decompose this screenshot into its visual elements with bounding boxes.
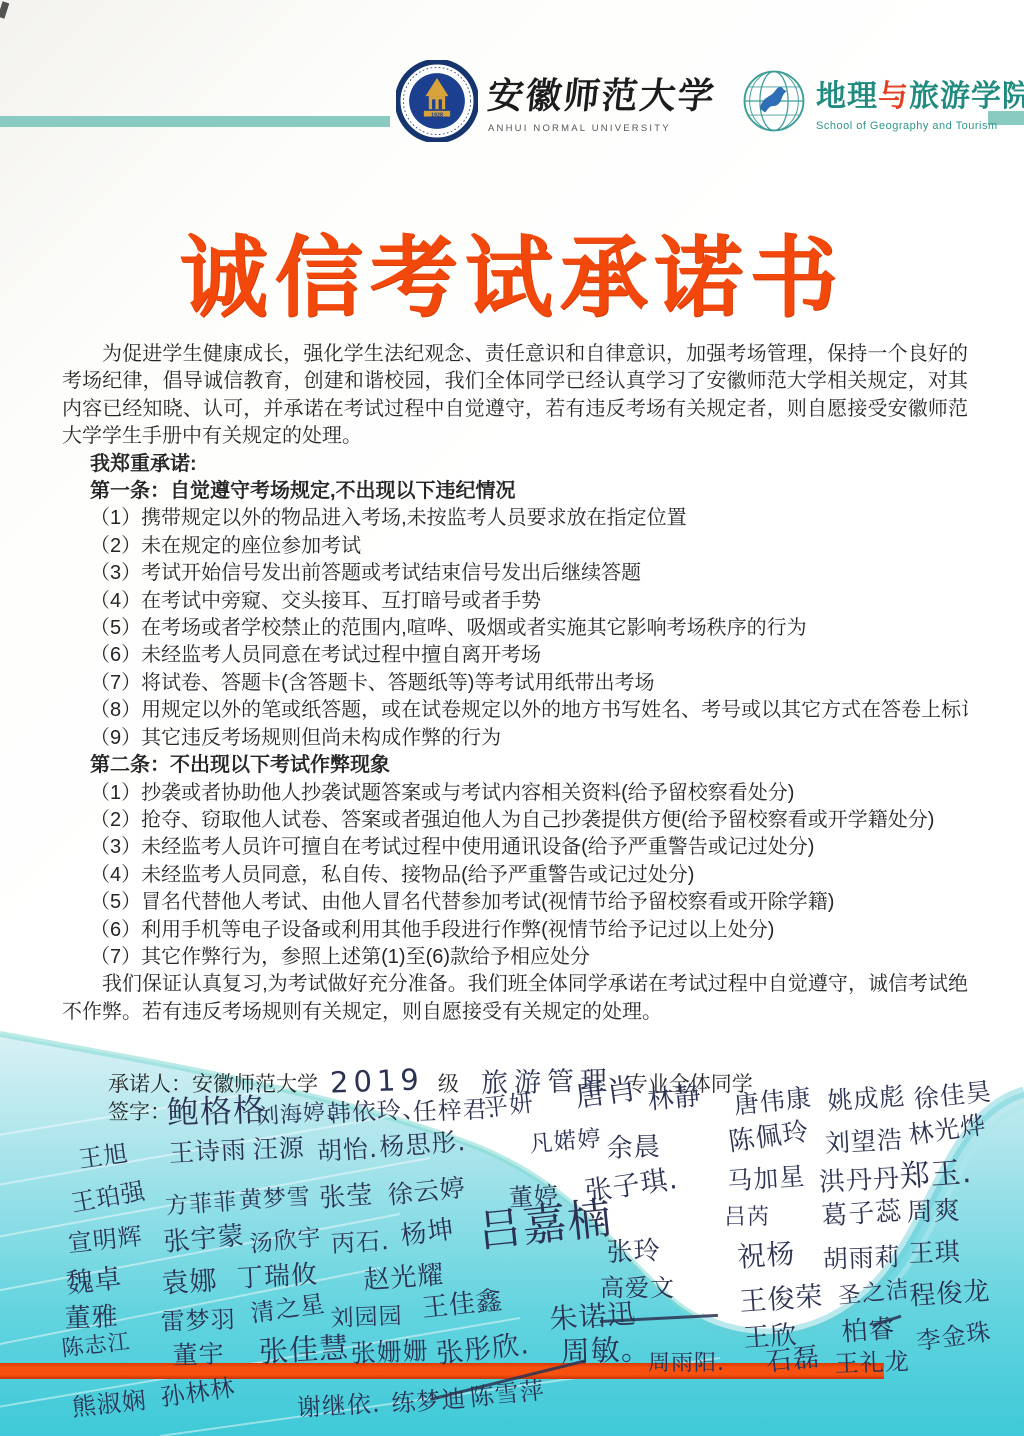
signature: 董宇 [172, 1334, 225, 1372]
signature: 张宇蒙 [162, 1215, 246, 1259]
signature: 王珀强 [68, 1171, 148, 1218]
signature: 陈志江 [60, 1325, 132, 1363]
signature: 陈雪萍 [468, 1370, 546, 1413]
signature: 王旭 [76, 1133, 130, 1175]
signature: 平妍 [482, 1083, 535, 1123]
signature: 李金珠 [914, 1312, 993, 1357]
signature: 圣之洁 [836, 1270, 911, 1310]
signature: 吕嘉楠 [474, 1182, 615, 1260]
signature: 刘望浩 [824, 1120, 904, 1160]
signature: 王琪 [908, 1232, 961, 1270]
signature: 林静 [646, 1075, 703, 1117]
signature: 葛子蕊 [820, 1190, 903, 1233]
signature: 谢继依. [296, 1384, 381, 1423]
signature: 雷梦羽 [160, 1299, 236, 1337]
signature: 汪源 [252, 1128, 305, 1166]
signature: 吕芮 [724, 1200, 770, 1231]
signature: 胡怡. [316, 1129, 379, 1168]
signature: 杨坤 [398, 1208, 457, 1252]
signature: 程俊龙 [908, 1270, 991, 1313]
scanned-document-page: 1928 安徽师范大学 ANHUI NORMAL UNIVERSITY 地理与旅… [0, 0, 1024, 1436]
signature: 袁娜 [160, 1258, 219, 1301]
signature: 张佳慧 [258, 1325, 350, 1371]
signature: 周雨阳. [648, 1346, 725, 1377]
signature: 胡雨莉 [822, 1237, 901, 1276]
signatures-layer: 鲍格格刘海婷、韩依玲、任梓君.平妍唐肖林静王旭王诗雨汪源胡怡.杨思彤.凡婼婷余晨… [0, 0, 1024, 1436]
signature: 唐肖 [572, 1063, 640, 1115]
signature: 宣明辉 [66, 1216, 144, 1259]
signature: 汤欣宇 [248, 1218, 323, 1258]
signature: 石磊 [764, 1336, 822, 1378]
signature: 王佳鑫 [420, 1280, 504, 1325]
signature: 方菲菲 [164, 1183, 238, 1221]
signature: 马加星 [726, 1157, 806, 1198]
signature: 凡婼婷 [528, 1120, 603, 1159]
signature: 张彤欣. [434, 1322, 531, 1371]
signature: 王礼龙 [834, 1341, 910, 1379]
signature: 魏卓 [64, 1256, 124, 1301]
signature: 王诗雨 [168, 1130, 248, 1170]
signature: 张莹 [318, 1174, 374, 1215]
signature: 祝杨 [736, 1232, 797, 1276]
signature: 练梦迪 [390, 1379, 467, 1419]
signature: 徐云婷 [386, 1168, 467, 1212]
signature: 姚成彪 [826, 1077, 906, 1118]
signature: 张玲 [606, 1230, 661, 1269]
signature: 熊淑娴 [70, 1380, 148, 1423]
signature: 周爽 [906, 1190, 961, 1229]
signature: 郑玉. [898, 1147, 973, 1196]
signature: 王俊荣 [738, 1274, 825, 1319]
signature: 张姗姗 [350, 1331, 429, 1370]
signature: 鲍格格 [166, 1085, 267, 1134]
signature: 孙林林 [158, 1368, 237, 1413]
signature: 杨思彤. [378, 1122, 467, 1164]
signature: 丙石. [330, 1221, 390, 1259]
signature: 黄梦雪 [238, 1178, 312, 1215]
